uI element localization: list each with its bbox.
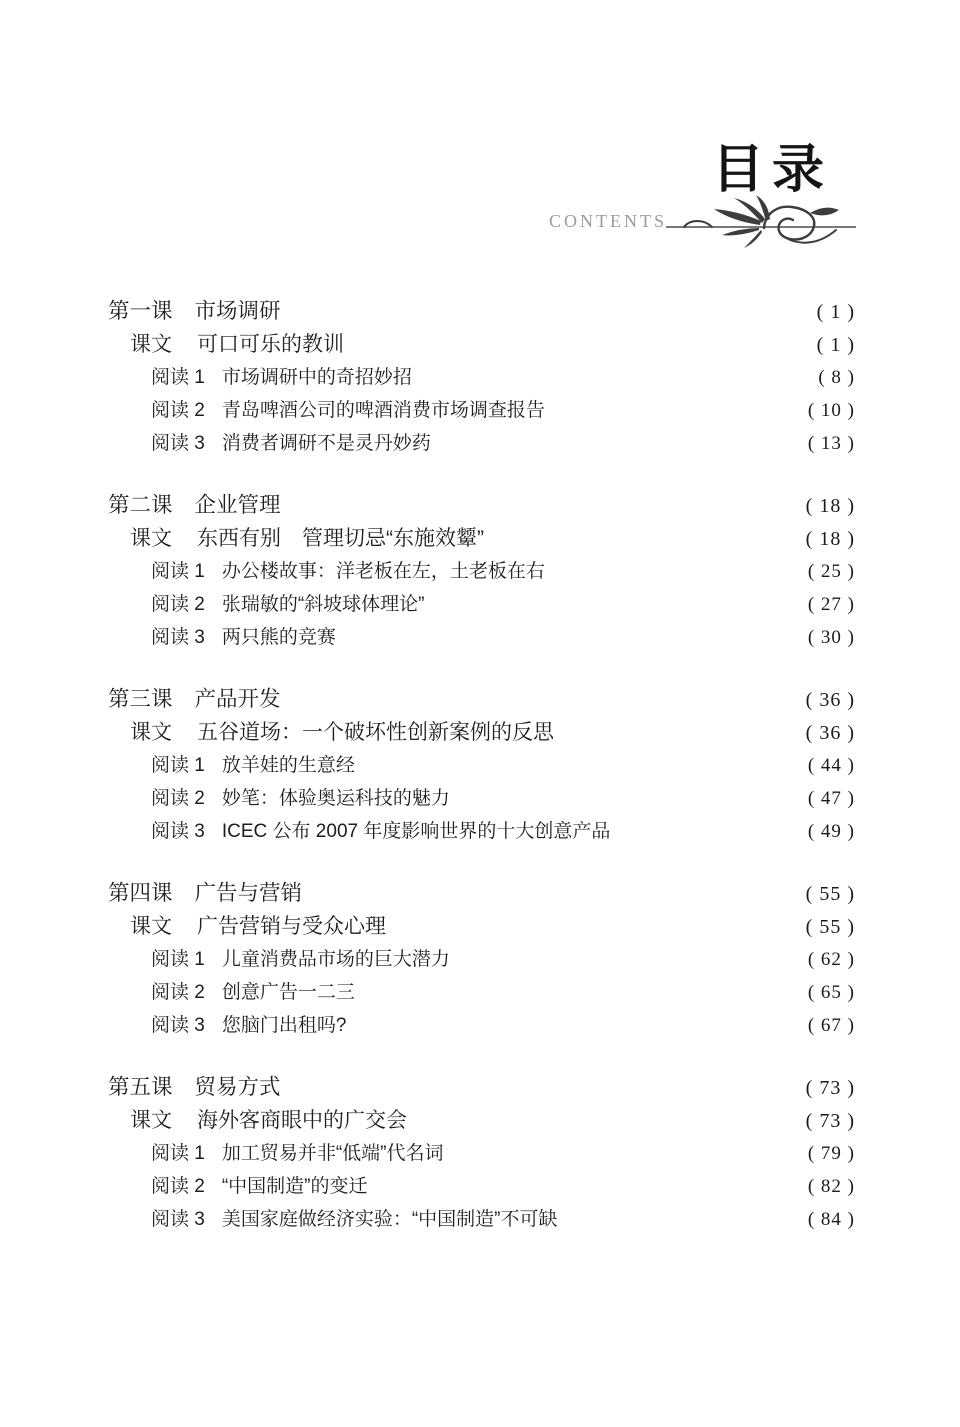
entry-page-number: ( 65 )	[808, 976, 855, 1009]
toc-entry-lesson: 第四课广告与营销( 55 )	[108, 877, 855, 910]
entry-label: 第五课	[108, 1071, 173, 1104]
entry-title: 市场调研中的奇招妙招	[222, 361, 412, 394]
toc-section: 第二课企业管理( 18 )课文东西有别 管理切忌“东施效颦”( 18 )阅读 1…	[108, 489, 855, 654]
contents-subtitle: CONTENTS	[549, 211, 667, 232]
entry-title: 创意广告一二三	[222, 976, 355, 1009]
entry-label: 第二课	[108, 489, 173, 522]
toc-entry-yuedu: 阅读 2青岛啤酒公司的啤酒消费市场调查报告( 10 )	[108, 394, 855, 427]
entry-title: 消费者调研不是灵丹妙药	[222, 427, 431, 460]
toc-section: 第五课贸易方式( 73 )课文海外客商眼中的广交会( 73 )阅读 1加工贸易并…	[108, 1071, 855, 1236]
toc-entry-yuedu: 阅读 2“中国制造”的变迁( 82 )	[108, 1170, 855, 1203]
entry-label: 阅读 2	[151, 976, 205, 1009]
toc-entry-yuedu: 阅读 1加工贸易并非“低端”代名词( 79 )	[108, 1137, 855, 1170]
entry-title: 美国家庭做经济实验：“中国制造”不可缺	[222, 1203, 558, 1236]
toc-entry-yuedu: 阅读 3消费者调研不是灵丹妙药( 13 )	[108, 427, 855, 460]
entry-title: 贸易方式	[195, 1071, 281, 1104]
entry-label: 课文	[130, 716, 172, 749]
toc-entry-yuedu: 阅读 2张瑞敏的“斜坡球体理论”( 27 )	[108, 588, 855, 621]
entry-page-number: ( 1 )	[817, 329, 855, 362]
entry-page-number: ( 67 )	[808, 1009, 855, 1042]
toc-entry-yuedu: 阅读 2妙笔：体验奥运科技的魅力( 47 )	[108, 782, 855, 815]
entry-label: 阅读 1	[151, 749, 205, 782]
entry-title: 办公楼故事：洋老板在左，土老板在右	[222, 555, 545, 588]
entry-title: 东西有别 管理切忌“东施效颦”	[197, 522, 484, 555]
toc-entry-kewen: 课文广告营销与受众心理( 55 )	[108, 910, 855, 943]
toc-entry-kewen: 课文东西有别 管理切忌“东施效颦”( 18 )	[108, 522, 855, 555]
entry-label: 第四课	[108, 877, 173, 910]
entry-title: 市场调研	[195, 295, 281, 328]
entry-page-number: ( 84 )	[808, 1203, 855, 1236]
entry-label: 阅读 1	[151, 555, 205, 588]
entry-label: 阅读 1	[151, 1137, 205, 1170]
entry-page-number: ( 13 )	[808, 427, 855, 460]
entry-label: 阅读 3	[151, 1203, 205, 1236]
flourish-divider-icon	[664, 192, 859, 252]
entry-page-number: ( 30 )	[808, 621, 855, 654]
entry-page-number: ( 47 )	[808, 782, 855, 815]
toc-entry-yuedu: 阅读 3两只熊的竞赛( 30 )	[108, 621, 855, 654]
entry-label: 课文	[130, 910, 172, 943]
entry-page-number: ( 73 )	[806, 1072, 855, 1105]
entry-title: 加工贸易并非“低端”代名词	[222, 1137, 444, 1170]
toc-entry-yuedu: 阅读 1市场调研中的奇招妙招( 8 )	[108, 361, 855, 394]
entry-label: 阅读 2	[151, 1170, 205, 1203]
entry-title: 广告与营销	[195, 877, 303, 910]
entry-page-number: ( 36 )	[806, 717, 855, 750]
entry-label: 阅读 2	[151, 394, 205, 427]
entry-label: 第三课	[108, 683, 173, 716]
entry-title: 妙笔：体验奥运科技的魅力	[222, 782, 450, 815]
toc-entry-yuedu: 阅读 3您脑门出租吗?( 67 )	[108, 1009, 855, 1042]
toc-entry-yuedu: 阅读 3美国家庭做经济实验：“中国制造”不可缺( 84 )	[108, 1203, 855, 1236]
toc-entry-yuedu: 阅读 2创意广告一二三( 65 )	[108, 976, 855, 1009]
entry-title: “中国制造”的变迁	[222, 1170, 368, 1203]
toc-entry-yuedu: 阅读 1儿童消费品市场的巨大潜力( 62 )	[108, 943, 855, 976]
entry-label: 阅读 3	[151, 427, 205, 460]
toc-entry-yuedu: 阅读 1办公楼故事：洋老板在左，土老板在右( 25 )	[108, 555, 855, 588]
entry-title: 您脑门出租吗?	[222, 1009, 347, 1042]
entry-page-number: ( 10 )	[808, 394, 855, 427]
entry-page-number: ( 25 )	[808, 555, 855, 588]
entry-label: 阅读 1	[151, 943, 205, 976]
entry-title: 五谷道场：一个破坏性创新案例的反思	[197, 716, 554, 749]
entry-page-number: ( 1 )	[817, 296, 855, 329]
entry-page-number: ( 55 )	[806, 878, 855, 911]
entry-title: 海外客商眼中的广交会	[197, 1104, 407, 1137]
entry-label: 课文	[130, 328, 172, 361]
toc-entry-lesson: 第二课企业管理( 18 )	[108, 489, 855, 522]
entry-title: ICEC 公布 2007 年度影响世界的十大创意产品	[222, 815, 611, 848]
toc-entry-kewen: 课文海外客商眼中的广交会( 73 )	[108, 1104, 855, 1137]
toc-entry-lesson: 第三课产品开发( 36 )	[108, 683, 855, 716]
entry-title: 放羊娃的生意经	[222, 749, 355, 782]
entry-label: 课文	[130, 1104, 172, 1137]
entry-label: 阅读 2	[151, 588, 205, 621]
toc-entry-yuedu: 阅读 3ICEC 公布 2007 年度影响世界的十大创意产品( 49 )	[108, 815, 855, 848]
toc-section: 第四课广告与营销( 55 )课文广告营销与受众心理( 55 )阅读 1儿童消费品…	[108, 877, 855, 1042]
toc-list: 第一课市场调研( 1 )课文可口可乐的教训( 1 )阅读 1市场调研中的奇招妙招…	[108, 295, 855, 1265]
entry-title: 广告营销与受众心理	[197, 910, 386, 943]
toc-entry-yuedu: 阅读 1放羊娃的生意经( 44 )	[108, 749, 855, 782]
toc-section: 第一课市场调研( 1 )课文可口可乐的教训( 1 )阅读 1市场调研中的奇招妙招…	[108, 295, 855, 460]
entry-page-number: ( 8 )	[818, 361, 855, 394]
entry-title: 产品开发	[195, 683, 281, 716]
toc-entry-lesson: 第五课贸易方式( 73 )	[108, 1071, 855, 1104]
entry-title: 可口可乐的教训	[197, 328, 344, 361]
entry-page-number: ( 27 )	[808, 588, 855, 621]
toc-entry-kewen: 课文五谷道场：一个破坏性创新案例的反思( 36 )	[108, 716, 855, 749]
toc-entry-kewen: 课文可口可乐的教训( 1 )	[108, 328, 855, 361]
toc-entry-lesson: 第一课市场调研( 1 )	[108, 295, 855, 328]
entry-title: 张瑞敏的“斜坡球体理论”	[222, 588, 425, 621]
entry-label: 阅读 3	[151, 815, 205, 848]
entry-page-number: ( 55 )	[806, 911, 855, 944]
entry-page-number: ( 79 )	[808, 1137, 855, 1170]
entry-title: 儿童消费品市场的巨大潜力	[222, 943, 450, 976]
entry-label: 阅读 2	[151, 782, 205, 815]
toc-page: CONTENTS 目录 第一课市场调研( 1 )课文可口可乐的教训( 1 )阅读…	[0, 0, 960, 1427]
entry-label: 阅读 3	[151, 1009, 205, 1042]
entry-page-number: ( 62 )	[808, 943, 855, 976]
entry-title: 两只熊的竞赛	[222, 621, 336, 654]
entry-label: 第一课	[108, 295, 173, 328]
entry-label: 课文	[130, 522, 172, 555]
entry-page-number: ( 44 )	[808, 749, 855, 782]
entry-page-number: ( 49 )	[808, 815, 855, 848]
entry-label: 阅读 3	[151, 621, 205, 654]
entry-page-number: ( 18 )	[806, 490, 855, 523]
entry-page-number: ( 18 )	[806, 523, 855, 556]
entry-title: 青岛啤酒公司的啤酒消费市场调查报告	[222, 394, 545, 427]
entry-page-number: ( 36 )	[806, 684, 855, 717]
entry-title: 企业管理	[195, 489, 281, 522]
entry-page-number: ( 73 )	[806, 1105, 855, 1138]
entry-label: 阅读 1	[151, 361, 205, 394]
toc-section: 第三课产品开发( 36 )课文五谷道场：一个破坏性创新案例的反思( 36 )阅读…	[108, 683, 855, 848]
entry-page-number: ( 82 )	[808, 1170, 855, 1203]
